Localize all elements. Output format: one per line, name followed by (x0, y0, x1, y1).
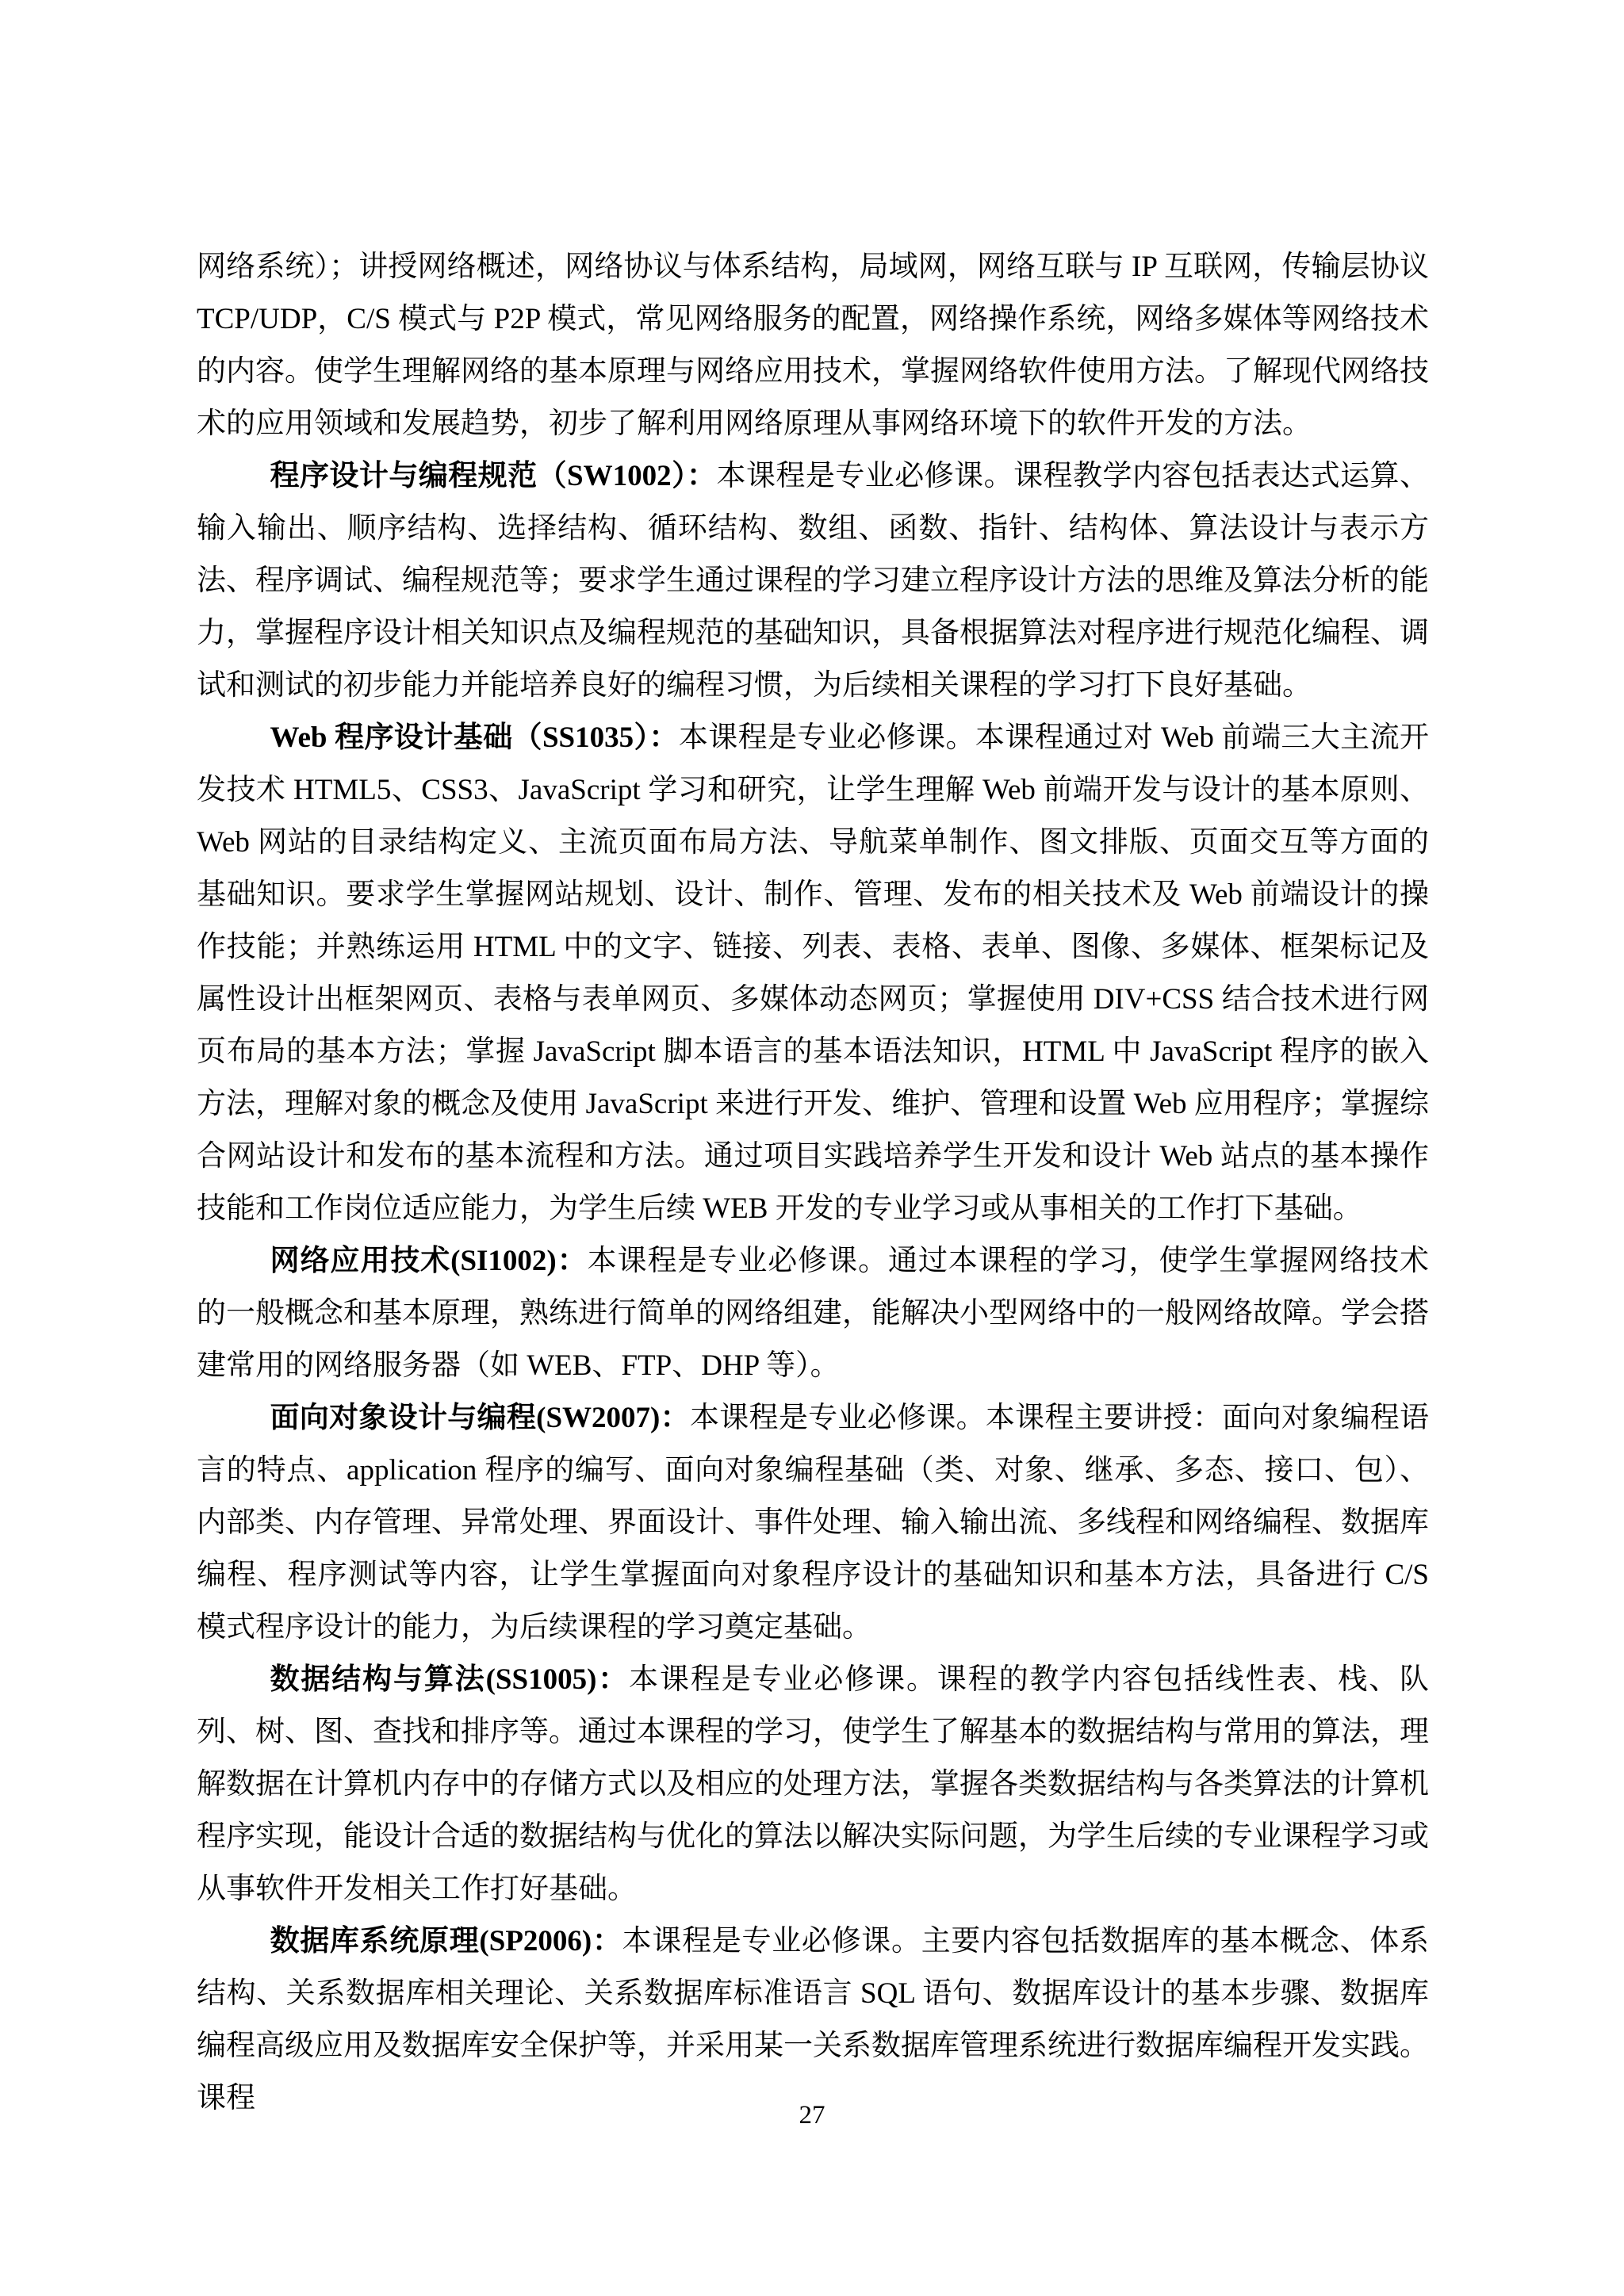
course-title-si1002: 网络应用技术(SI1002)： (270, 1245, 588, 1277)
paragraph-course-sw1002: 程序设计与编程规范（SW1002）：本课程是专业必修课。课程教学内容包括表达式运… (197, 450, 1429, 712)
paragraph-text: 本课程是专业必修课。本课程通过对 Web 前端三大主流开发技术 HTML5、CS… (197, 721, 1429, 1225)
paragraph-course-sp2006: 数据库系统原理(SP2006)：本课程是专业必修课。主要内容包括数据库的基本概念… (197, 1915, 1429, 2125)
course-title-sw1002: 程序设计与编程规范（SW1002）： (270, 460, 717, 492)
document-page: 网络系统）；讲授网络概述，网络协议与体系结构，局域网，网络互联与 IP 互联网，… (0, 0, 1624, 2296)
course-title-sw2007: 面向对象设计与编程(SW2007)： (270, 1402, 690, 1434)
course-title-ss1035: Web 程序设计基础（SS1035）： (270, 721, 679, 754)
course-title-ss1005: 数据结构与算法(SS1005)： (270, 1663, 630, 1696)
paragraph-text: 本课程是专业必修课。课程的教学内容包括线性表、栈、队列、树、图、查找和排序等。通… (197, 1663, 1429, 1905)
paragraph-course-ss1035: Web 程序设计基础（SS1035）：本课程是专业必修课。本课程通过对 Web … (197, 712, 1429, 1235)
paragraph-network-systems-continuation: 网络系统）；讲授网络概述，网络协议与体系结构，局域网，网络互联与 IP 互联网，… (197, 241, 1429, 450)
paragraph-text: 本课程是专业必修课。课程教学内容包括表达式运算、输入输出、顺序结构、选择结构、循… (197, 460, 1429, 702)
page-number: 27 (0, 2099, 1624, 2131)
paragraph-text: 网络系统）；讲授网络概述，网络协议与体系结构，局域网，网络互联与 IP 互联网，… (197, 251, 1429, 440)
paragraph-course-sw2007: 面向对象设计与编程(SW2007)：本课程是专业必修课。本课程主要讲授：面向对象… (197, 1392, 1429, 1654)
text-block: 网络系统）；讲授网络概述，网络协议与体系结构，局域网，网络互联与 IP 互联网，… (197, 241, 1429, 2125)
paragraph-course-si1002: 网络应用技术(SI1002)：本课程是专业必修课。通过本课程的学习，使学生掌握网… (197, 1235, 1429, 1392)
paragraph-course-ss1005: 数据结构与算法(SS1005)：本课程是专业必修课。课程的教学内容包括线性表、栈… (197, 1654, 1429, 1915)
course-title-sp2006: 数据库系统原理(SP2006)： (270, 1925, 622, 1957)
paragraph-text: 本课程是专业必修课。本课程主要讲授：面向对象编程语言的特点、applicatio… (197, 1402, 1429, 1644)
